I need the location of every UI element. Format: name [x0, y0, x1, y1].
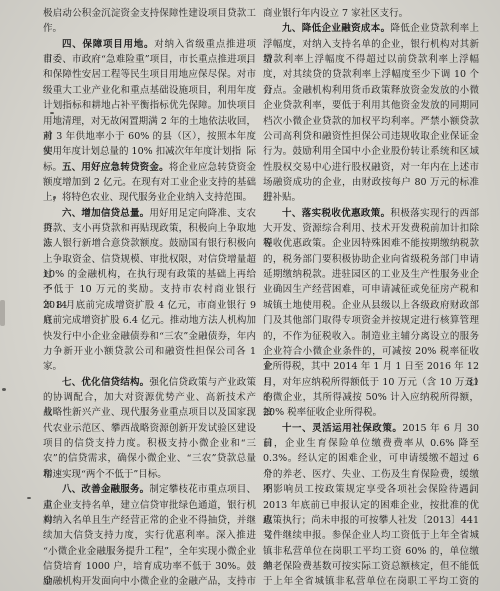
text-segment: 额度增加到 2 亿元。在现有对工业企业支持的基础	[43, 177, 256, 188]
text-line: 八、改善金融服务。制定攀枝花市重点项目、重	[43, 482, 256, 497]
text-line: 城镇土地使用税。企业从县级以上各级政府财政部	[263, 298, 479, 313]
text-line: 上争取资金、信贷规模、审批权限，对信贷增量超过	[43, 252, 256, 267]
text-line: 极启动公积金沉淀资金支持保障性建设项目贷款工	[43, 6, 256, 21]
text-segment: 底前完成增资扩股 6.4 亿元。推动地方法人机构加	[43, 315, 256, 326]
text-line: 日，对年应纳税所得额低于 10 万元（含 10 万元）的	[263, 375, 479, 390]
text-segment: 积极落实现行的西部	[391, 208, 479, 219]
text-segment: 家。	[43, 361, 62, 372]
text-segment: 极启动公积金沉淀资金支持保障性建设项目贷款工	[43, 8, 256, 19]
text-line: 场融资成功的企业，由财政按每户 80 万元的标准进	[263, 175, 479, 190]
text-segment: 代农业示范区、攀西战略资源创新开发试验区建设	[43, 423, 256, 434]
scan-speck	[27, 497, 31, 499]
text-line: 使用年度计划总量的 10% 扣减次年年度计划指标。	[43, 144, 256, 159]
section-heading: 十、落实税收优惠政策。	[282, 208, 391, 219]
text-line: 快发行中小企业金融债券和“三农”金融债券，年内	[43, 329, 256, 344]
text-segment: 贷款利率上浮幅度不得超过以前贷款利率上浮幅	[263, 54, 479, 65]
text-line: 业确因生产经营困难，可申请减征或免征房产税和	[263, 282, 479, 297]
text-segment: 于上年全省城镇非私营单位在岗职工平均工资的	[263, 576, 479, 587]
text-segment: 上，将特色农业、现代服务业企业纳入支持范围。	[43, 192, 252, 203]
text-segment: 增速实现“两个不低于”目标。	[43, 469, 167, 480]
text-line: 的，税务部门要积极协助企业向省级税务部门申请	[263, 252, 479, 267]
text-line: 行为。鼓励利用全国中小企业股份转让系统和区域	[263, 144, 479, 159]
text-segment: 档次小微企业贷款的加权平均利率。严禁小额贷款	[263, 116, 479, 127]
text-line: 小微企业，其所得减按 50% 计入应纳税所得额，按	[263, 390, 479, 405]
text-line: 分点。金融机构利用货币政策释放资金发放的小微	[263, 83, 479, 98]
section-heading: 七、优化信贷结构。	[62, 377, 149, 388]
text-segment: 金融机构开发面向中小微企业的金融产品，支持市	[43, 576, 256, 587]
section-heading: 四、保障项目用地。	[62, 39, 154, 50]
text-line: 年 8 月底前完成增资扩股 4 亿元，市商业银行 9 月	[43, 298, 256, 313]
text-line: 项目的信贷支持力度。积极支持小微企业和“三	[43, 436, 256, 451]
text-line: 企业符合小微企业条件的，可减按 20% 税率征收企	[263, 344, 479, 359]
text-line: 的，不作为征税收入。制造业主辅分离设立的服务	[263, 329, 479, 344]
text-line: 农”的信贷需求，确保小微企业、“三农”贷款总量和	[43, 451, 256, 466]
text-line: 企业贷款利率，要低于利用其他资金发放的同期同	[263, 98, 479, 113]
text-line: 20% 税率征收企业所得税。	[263, 405, 479, 420]
text-line: 业所得税，其中 2014 年 1 月 1 日至 2016 年 12 月 31	[263, 359, 479, 374]
text-segment: 强化信贷政策与产业政策	[149, 377, 256, 388]
left-column: 极启动公积金沉淀资金支持保障性建设项目贷款工作。四、保障项目用地。对纳入省级重点…	[43, 6, 256, 590]
text-line: 对纳入名单且生产经营正常的企业不得抽贷，并继	[43, 513, 256, 528]
text-line: 十、落实税收优惠政策。积极落实现行的西部	[263, 206, 479, 221]
text-segment: 商业银行年内设立 7 家社区支行。	[263, 8, 408, 19]
text-line: 法人银行新增合意贷款额度。鼓励国有银行积极向	[43, 236, 256, 251]
text-line: 10% 的金融机构，在执行现有政策的基础上再给予	[43, 267, 256, 282]
text-line: 贷款利率上浮幅度不得超过以前贷款利率上浮幅	[263, 52, 479, 67]
text-segment: 行为。鼓励利用全国中小企业股份转让系统和区域	[263, 146, 479, 157]
text-segment: 不影响员工按政策规定享受各项社会保险待遇。	[263, 484, 479, 495]
text-segment: 企业贷款利率，要低于利用其他资金发放的同期同	[263, 100, 479, 111]
text-line: 2013 年底前已申报认定的困难企业，按批准的优惠	[263, 498, 479, 513]
text-line: 用地清理，对无故闲置期满 2 年的土地依法收回，对	[43, 114, 256, 129]
text-line: 五、用好应急转贷资金。将企业应急转贷资金	[43, 160, 256, 175]
text-segment: 的，不作为征税收入。制造业主辅分离设立的服务	[263, 331, 479, 342]
text-segment: 性股权交易中心进行股权融资，对一年内在上述市	[263, 162, 479, 173]
text-segment: 城镇土地使用税。企业从县级以上各级政府财政部	[263, 300, 479, 311]
text-line: 月的养老、医疗、失业、工伤及生育保险费，缓缴期间	[263, 467, 479, 482]
text-line: 门及其他部门取得专项资金并按规定进行核算管理	[263, 313, 479, 328]
text-segment: 的，税务部门要积极协助企业向省级税务部门申请	[263, 254, 479, 265]
text-segment: 降低企业贷款利率上	[391, 23, 479, 34]
text-segment: 业确因生产经营困难，可申请减征或免征房产税和	[263, 284, 479, 295]
text-line: 的协调配合，加大对资源优势产业、高新技术产业、	[43, 390, 256, 405]
text-line: 战略性新兴产业、现代服务业重点项目以及国家现	[43, 405, 256, 420]
text-line: 浮幅度，对纳入支持名单的企业，银行机构对其新增	[263, 37, 479, 52]
text-segment: 快发行中小企业金融债券和“三农”金融债券，年内	[43, 331, 256, 342]
text-line: 增速实现“两个不低于”目标。	[43, 467, 256, 482]
section-heading: 五、用好应急转贷资金。	[62, 162, 169, 173]
text-line: 养老保险费基数可按实际工资总额核定，但不能低	[263, 559, 479, 574]
text-line: “小微企业金融服务提升工程”，全年实现小微企业	[43, 544, 256, 559]
scan-speck	[50, 112, 54, 114]
text-line: 延期缴纳税款。进驻园区的工业及生产性服务业企	[263, 267, 479, 282]
text-line: 七、优化信贷结构。强化信贷政策与产业政策	[43, 375, 256, 390]
text-segment: 和保障性安居工程等民生项目用地应保尽保。对市	[43, 69, 256, 80]
text-line: 额度增加到 2 亿元。在现有对工业企业支持的基础	[43, 175, 256, 190]
text-segment: 计划指标和耕地占补平衡指标优先保障。加快项目	[43, 100, 256, 111]
text-line: 贷款、支小再贷款和再贴现政策，积极向上争取地方	[43, 221, 256, 236]
text-segment: 战略性新兴产业、现代服务业重点项目以及国家现	[43, 407, 256, 418]
text-segment: 税收优惠政策。企业因特殊困难不能按期缴纳税款	[263, 238, 479, 249]
text-segment: 前，企业生育保险单位缴费费率从 0.6% 降至	[263, 438, 479, 449]
text-line: 前，企业生育保险单位缴费费率从 0.6% 降至	[263, 436, 479, 451]
text-line: 和保障性安居工程等民生项目用地应保尽保。对市	[43, 67, 256, 82]
text-line: 十一、灵活运用社保政策。2015 年 6 月 30 日	[263, 421, 479, 436]
text-segment: 项目的信贷支持力度。积极支持小微企业和“三	[43, 438, 256, 449]
section-heading: 九、降低企业融资成本。	[282, 23, 391, 34]
text-line: 金融机构开发面向中小微企业的金融产品，支持市	[43, 574, 256, 589]
right-column: 商业银行年内设立 7 家社区支行。九、降低企业融资成本。降低企业贷款利率上浮幅度…	[263, 6, 479, 590]
text-segment: 法人银行新增合意贷款额度。鼓励国有银行积极向	[43, 238, 256, 249]
text-line: 六、增加信贷总量。用好用足定向降准、支农再	[43, 206, 256, 221]
text-segment: 行补贴。	[263, 192, 301, 203]
text-segment: 将企业应急转贷资金	[169, 162, 256, 173]
text-line: 市委、市政府“急难险重”项目，市长重点推进项目	[43, 52, 256, 67]
text-segment: 对纳入名单且生产经营正常的企业不得抽贷，并继	[43, 515, 256, 526]
section-heading: 八、改善金融服务。	[62, 484, 149, 495]
text-line: 计划指标和耕地占补平衡指标优先保障。加快项目	[43, 98, 256, 113]
text-line: 文件继续申报。参保企业人均工资低于上年全省城	[263, 528, 479, 543]
text-line: 点企业支持名单，建立信贷审批绿色通道，银行机构	[43, 498, 256, 513]
text-line: 信贷培育 1000 户，培育成功率不低于 30%。鼓励	[43, 559, 256, 574]
scan-speck	[2, 388, 6, 391]
text-line: 九、降低企业融资成本。降低企业贷款利率上	[263, 21, 479, 36]
text-segment: 门及其他部门取得专项资金并按规定进行核算管理	[263, 315, 479, 326]
text-line: 底前完成增资扩股 6.4 亿元。推动地方法人机构加	[43, 313, 256, 328]
text-segment: “小微企业金融服务提升工程”，全年实现小微企业	[43, 546, 256, 557]
text-line: 上，将特色农业、现代服务业企业纳入支持范围。	[43, 190, 256, 205]
text-line: 档次小微企业贷款的加权平均利率。严禁小额贷款	[263, 114, 479, 129]
text-line: 于上年全省城镇非私营单位在岗职工平均工资的	[263, 574, 479, 589]
text-segment: 延期缴纳税款。进驻园区的工业及生产性服务业企	[263, 269, 479, 280]
text-line: 政策执行；尚未申报的可按攀人社发〔2013〕441 号	[263, 513, 479, 528]
text-segment: 养老保险费基数可按实际工资总额核定，但不能低	[263, 561, 479, 572]
text-segment: 作。	[43, 23, 62, 34]
text-segment: 续加大信贷支持力度，实行优惠利率。深入推进	[43, 530, 256, 541]
text-line: 四、保障项目用地。对纳入省级重点推进项目，	[43, 37, 256, 52]
text-line: 不低于 10 万元的奖励。支持市农村商业银行 2014	[43, 282, 256, 297]
text-line: 税收优惠政策。企业因特殊困难不能按期缴纳税款	[263, 236, 479, 251]
text-segment: 力争新开业小额贷款公司和融资性担保公司各 1	[43, 346, 256, 357]
text-segment: 分点。金融机构利用货币政策释放资金发放的小微	[263, 85, 479, 96]
text-line: 行补贴。	[263, 190, 479, 205]
text-line: 公司高利贷和融资性担保公司违规收取企业保证金	[263, 129, 479, 144]
text-line: 镇非私营单位在岗职工平均工资 60% 的，单位缴纳	[263, 544, 479, 559]
text-line: 商业银行年内设立 7 家社区支行。	[263, 6, 479, 21]
scan-smudge	[0, 300, 5, 326]
text-segment: 文件继续申报。参保企业人均工资低于上年全省城	[263, 530, 479, 541]
text-line: 代农业示范区、攀西战略资源创新开发试验区建设	[43, 421, 256, 436]
text-segment: 级重大工业产业化和重点基础设施项目，利用年度	[43, 85, 256, 96]
text-segment: 20% 税率征收企业所得税。	[263, 407, 382, 418]
scan-speck	[53, 196, 56, 199]
text-line: 度，对其续贷的贷款利率上浮幅度至少下调 10 个百	[263, 67, 479, 82]
text-line: 前 3 年供地率小于 60% 的县（区），按照本年度实际	[43, 129, 256, 144]
text-line: 不影响员工按政策规定享受各项社会保险待遇。	[263, 482, 479, 497]
text-segment: 公司高利贷和融资性担保公司违规收取企业保证金	[263, 131, 479, 142]
section-heading: 六、增加信贷总量。	[62, 208, 149, 219]
text-line: 大开发、资源综合利用、技术开发费税前加计扣除等	[263, 221, 479, 236]
text-line: 作。	[43, 21, 256, 36]
text-line: 力争新开业小额贷款公司和融资性担保公司各 1	[43, 344, 256, 359]
text-line: 级重大工业产业化和重点基础设施项目，利用年度	[43, 83, 256, 98]
text-segment: 市委、市政府“急难险重”项目，市长重点推进项目	[43, 54, 256, 65]
text-line: 家。	[43, 359, 256, 374]
underlined-text: 企业符合小微企业条件的，	[263, 346, 382, 359]
text-line: 0.3%。经认定的困难企业，可申请缓缴不超过 6 个	[263, 451, 479, 466]
text-line: 性股权交易中心进行股权融资，对一年内在上述市	[263, 160, 479, 175]
section-heading: 十一、灵活运用社保政策。	[282, 423, 402, 434]
text-line: 续加大信贷支持力度，实行优惠利率。深入推进	[43, 528, 256, 543]
document-page: 极启动公积金沉淀资金支持保障性建设项目贷款工作。四、保障项目用地。对纳入省级重点…	[0, 0, 500, 591]
